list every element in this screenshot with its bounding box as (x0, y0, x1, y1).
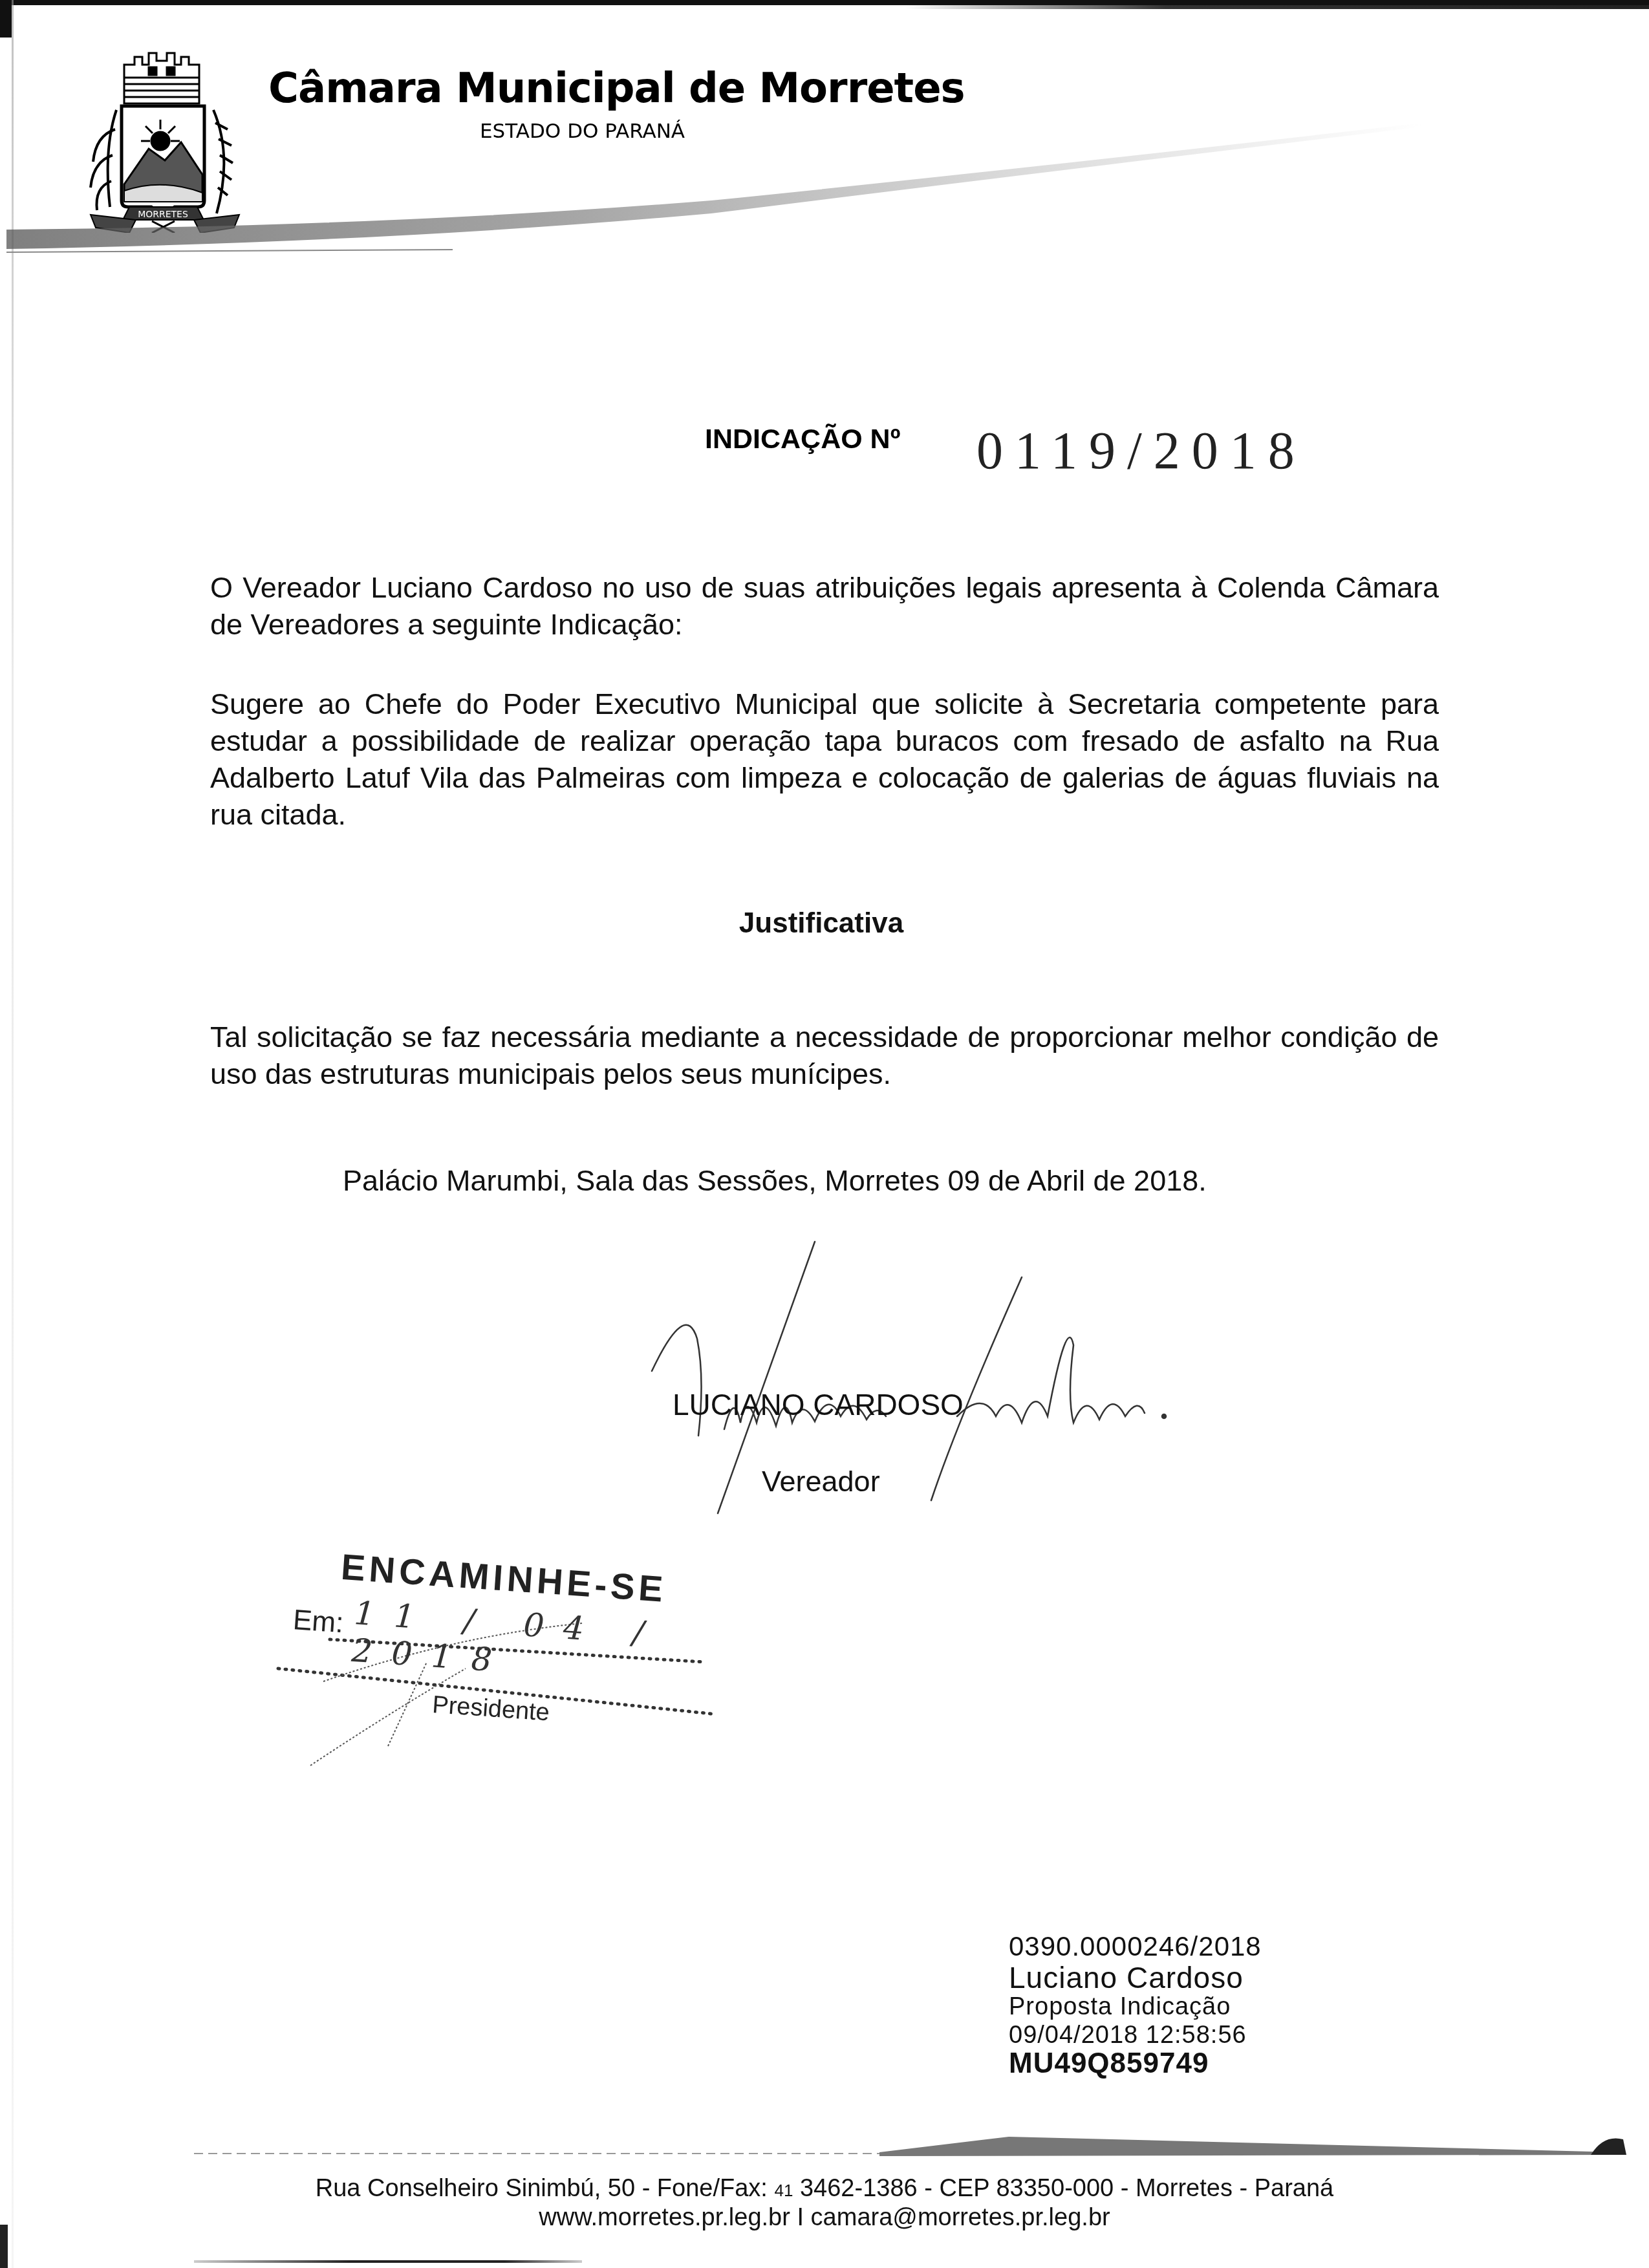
footer-address: Rua Conselheiro Sinimbú, 50 - Fone/Fax: … (0, 2175, 1649, 2203)
header-swoosh-decoration (0, 103, 1649, 259)
footer-area-code: 41 (774, 2181, 793, 2200)
justification-heading-text: Justificativa (739, 907, 903, 940)
protocol-number: 0390.0000246/2018 (1009, 1930, 1262, 1963)
scan-edge-top-right (905, 5, 1649, 9)
intro-paragraph: O Vereador Luciano Cardoso no uso de sua… (210, 569, 1439, 643)
indication-number: 0119/2018 (976, 420, 1306, 481)
stamp-date-label: Em: (292, 1604, 345, 1639)
footer-address-rest: 3462-1386 - CEP 83350-000 - Morretes - P… (793, 2175, 1333, 2202)
scan-edge-left-block (0, 0, 12, 38)
scan-edge-top (0, 0, 1649, 5)
forward-stamp: ENCAMINHE-SE Em: 11 / 04 / 2018 Presiden… (259, 1533, 750, 1778)
protocol-datetime: 09/04/2018 12:58:56 (1009, 2021, 1262, 2049)
footer-swoosh-decoration (194, 2121, 1649, 2160)
footer-contacts: www.morretes.pr.leg.br I camara@morretes… (0, 2204, 1649, 2232)
protocol-author: Luciano Cardoso (1009, 1963, 1262, 1993)
justification-paragraph: Tal solicitação se faz necessária median… (210, 1019, 1439, 1092)
request-paragraph: Sugere ao Chefe do Poder Executivo Munic… (210, 686, 1439, 833)
protocol-code: MU49Q859749 (1009, 2049, 1262, 2078)
protocol-type: Proposta Indicação (1009, 1993, 1262, 2021)
place-and-date: Palácio Marumbi, Sala das Sessões, Morre… (343, 1164, 1207, 1198)
scan-edge-left (12, 0, 14, 2268)
signer-name: LUCIANO CARDOSO (673, 1387, 964, 1422)
indication-label: INDICAÇÃO Nº (705, 424, 900, 455)
handwritten-signature-icon (621, 1229, 1300, 1526)
footer-website-link[interactable]: www.morretes.pr.leg.br (539, 2204, 790, 2231)
protocol-stamp: 0390.0000246/2018 Luciano Cardoso Propos… (1009, 1930, 1262, 2078)
signer-role: Vereador (762, 1465, 880, 1498)
footer-address-street: Rua Conselheiro Sinimbú, 50 - Fone/Fax: (316, 2175, 775, 2202)
footer-separator: I (797, 2204, 804, 2231)
scan-edge-bottom (194, 2260, 582, 2263)
justification-heading: Justificativa (0, 907, 1649, 940)
footer-email-link[interactable]: camara@morretes.pr.leg.br (811, 2204, 1110, 2231)
